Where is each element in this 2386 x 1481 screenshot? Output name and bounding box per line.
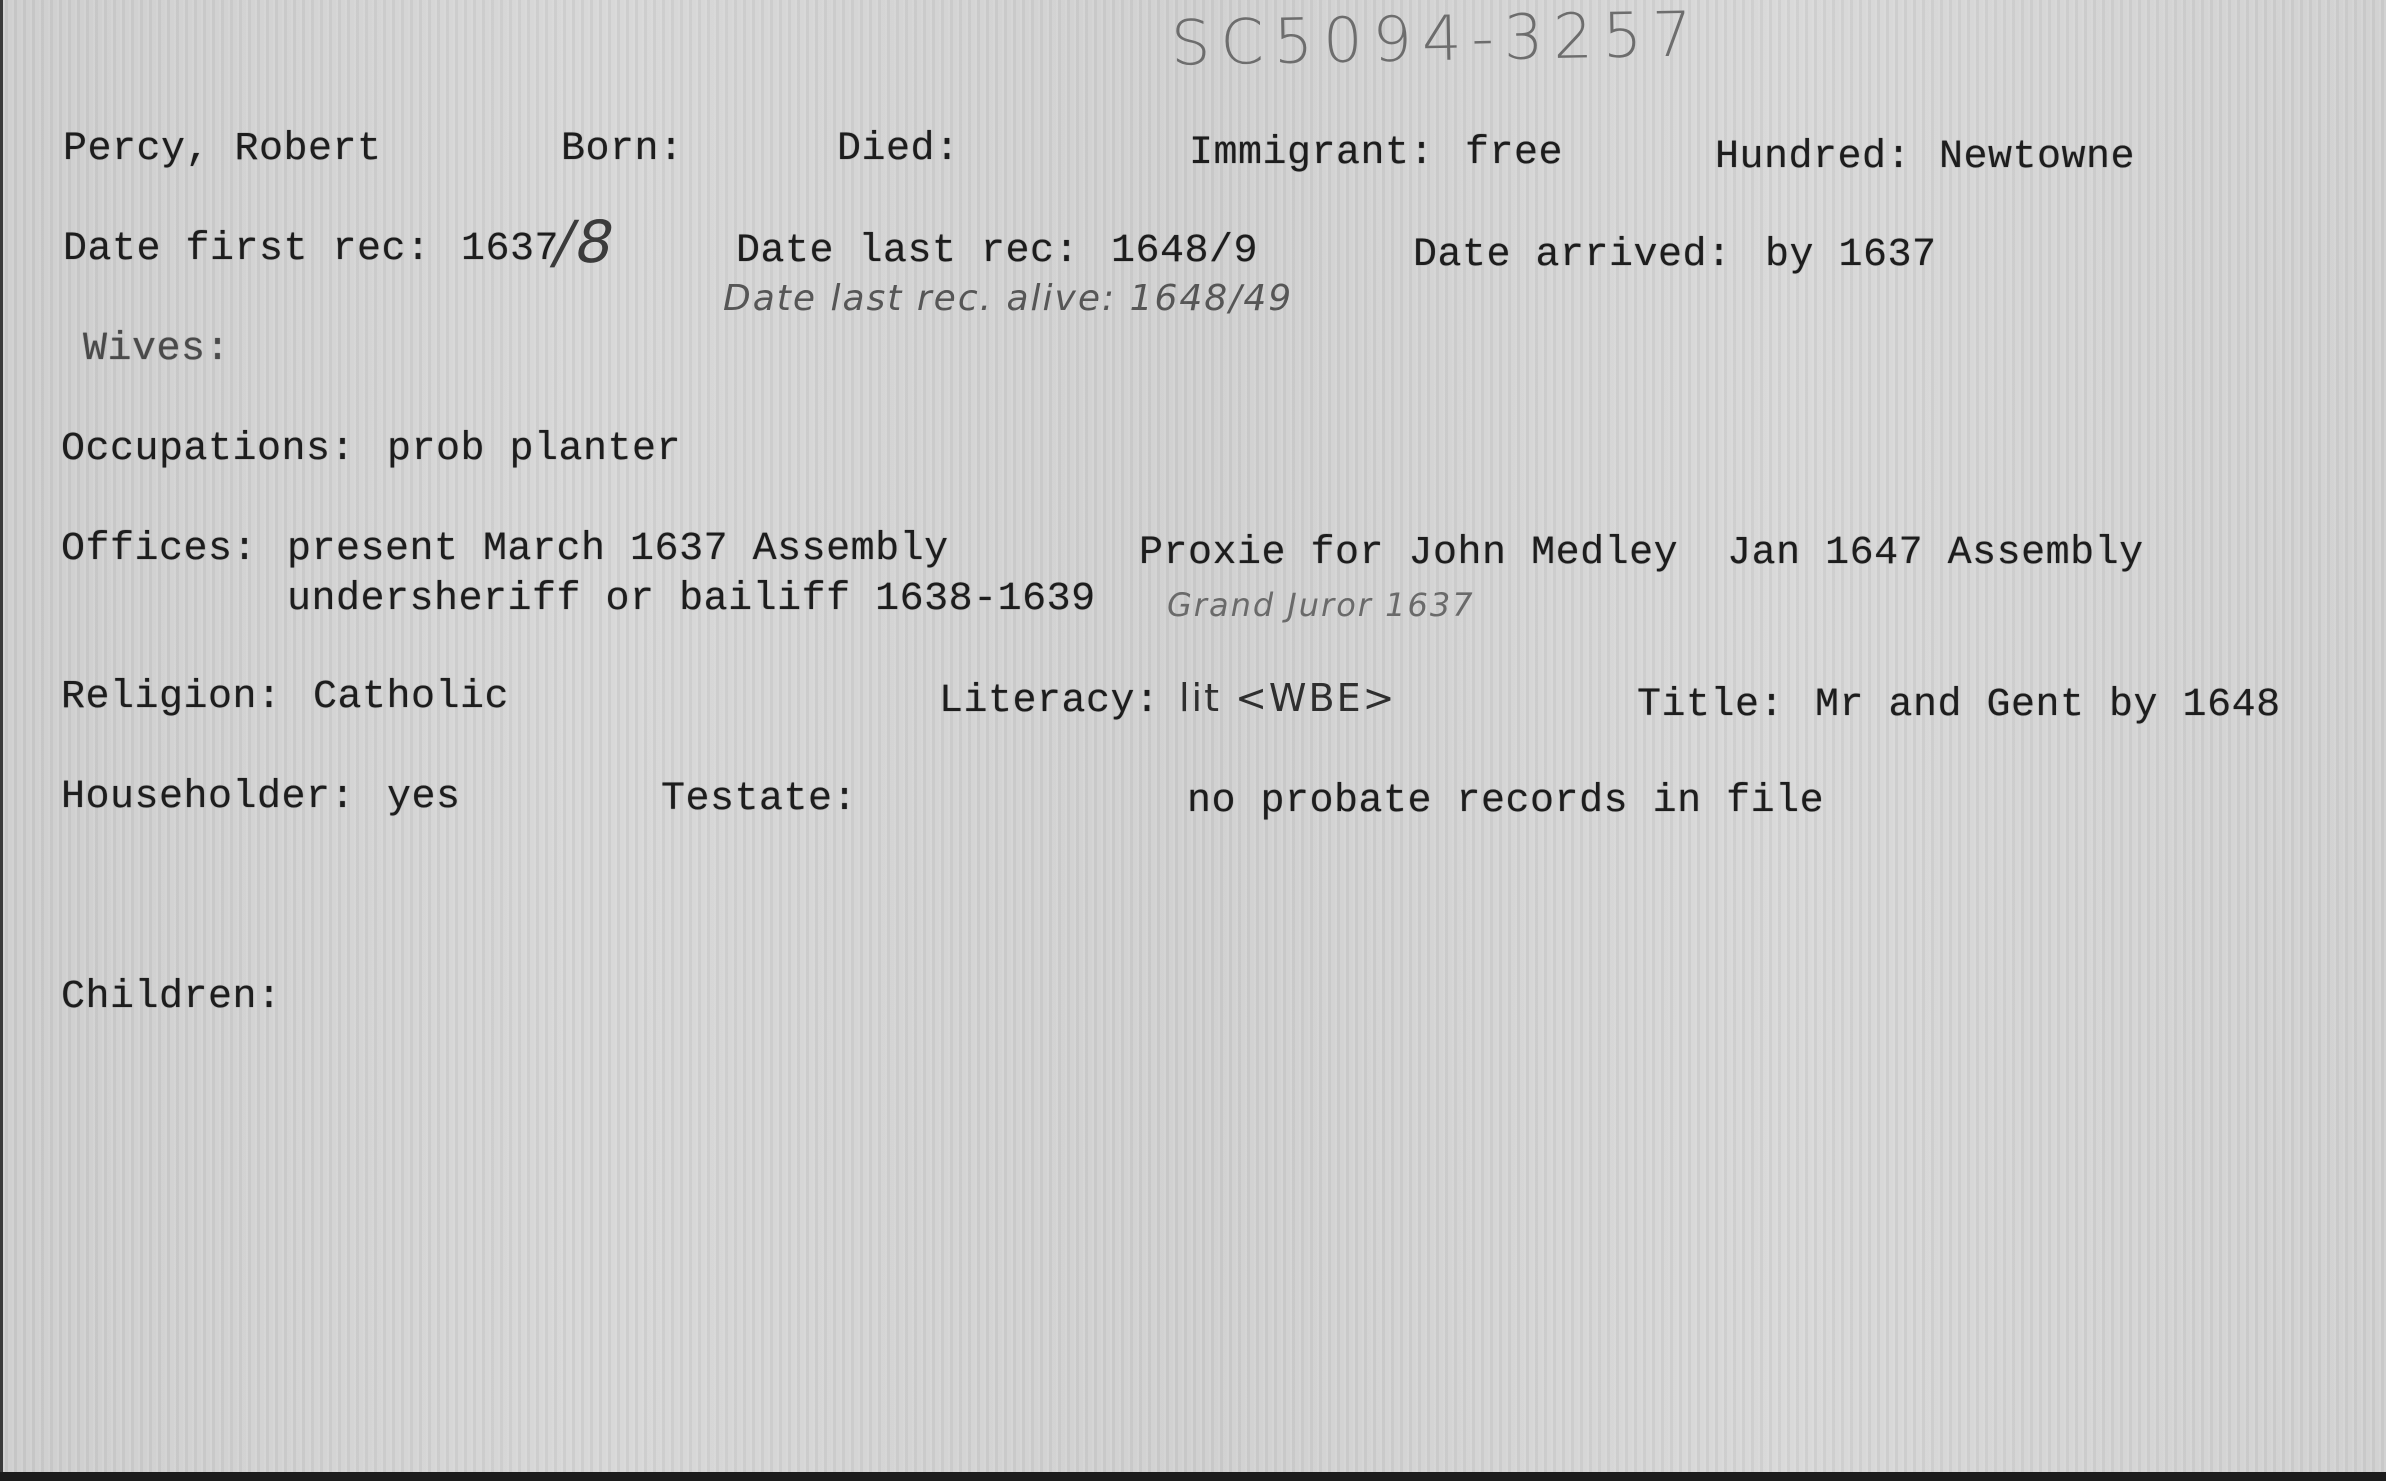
literacy-value: lit <WBE>: [1179, 676, 1396, 720]
born-label: Born:: [561, 128, 684, 172]
date-last-rec-alive-note: Date last rec. alive: 1648/49: [723, 278, 1293, 319]
date-arrived-value: by 1637: [1765, 234, 1937, 278]
died-label: Died:: [837, 128, 960, 172]
occupations-value: prob planter: [387, 428, 681, 472]
date-first-rec-label: Date first rec:: [63, 228, 431, 272]
index-card: SC5094-3257 Percy, Robert Born: Died: Im…: [0, 0, 2386, 1472]
children-label: Children:: [61, 976, 282, 1020]
date-first-rec-value: 1637: [461, 228, 559, 272]
date-last-rec-label: Date last rec:: [736, 230, 1079, 274]
religion-label: Religion:: [61, 676, 282, 720]
offices-line1-right: Proxie for John Medley Jan 1647 Assembly: [1139, 532, 2144, 576]
date-first-rec-handwritten: /8: [548, 208, 623, 276]
testate-label: Testate:: [661, 778, 857, 822]
title-label: Title:: [1637, 684, 1784, 728]
offices-line2: undersheriff or bailiff 1638-1639: [287, 578, 1096, 622]
householder-value: yes: [387, 776, 461, 820]
immigrant-label: Immigrant:: [1189, 132, 1434, 176]
catalog-number: SC5094-3257: [1170, 0, 1702, 80]
occupations-label: Occupations:: [61, 428, 355, 472]
offices-label: Offices:: [61, 528, 257, 572]
date-arrived-label: Date arrived:: [1413, 234, 1732, 278]
wives-label: Wives:: [83, 328, 230, 372]
immigrant-value: free: [1465, 132, 1563, 176]
religion-value: Catholic: [313, 676, 509, 720]
person-name: Percy, Robert: [63, 128, 382, 172]
scan-bottom-edge: [0, 1472, 2386, 1481]
hundred-value: Newtowne: [1939, 136, 2135, 180]
probate-note: no probate records in file: [1187, 780, 1824, 824]
offices-line1-left: present March 1637 Assembly: [287, 528, 949, 572]
offices-handwritten-note: Grand Juror 1637: [1167, 586, 1475, 624]
householder-label: Householder:: [61, 776, 355, 820]
literacy-label: Literacy:: [939, 680, 1160, 724]
hundred-label: Hundred:: [1715, 136, 1911, 180]
date-last-rec-value: 1648/9: [1111, 230, 1258, 274]
title-value: Mr and Gent by 1648: [1815, 684, 2281, 728]
